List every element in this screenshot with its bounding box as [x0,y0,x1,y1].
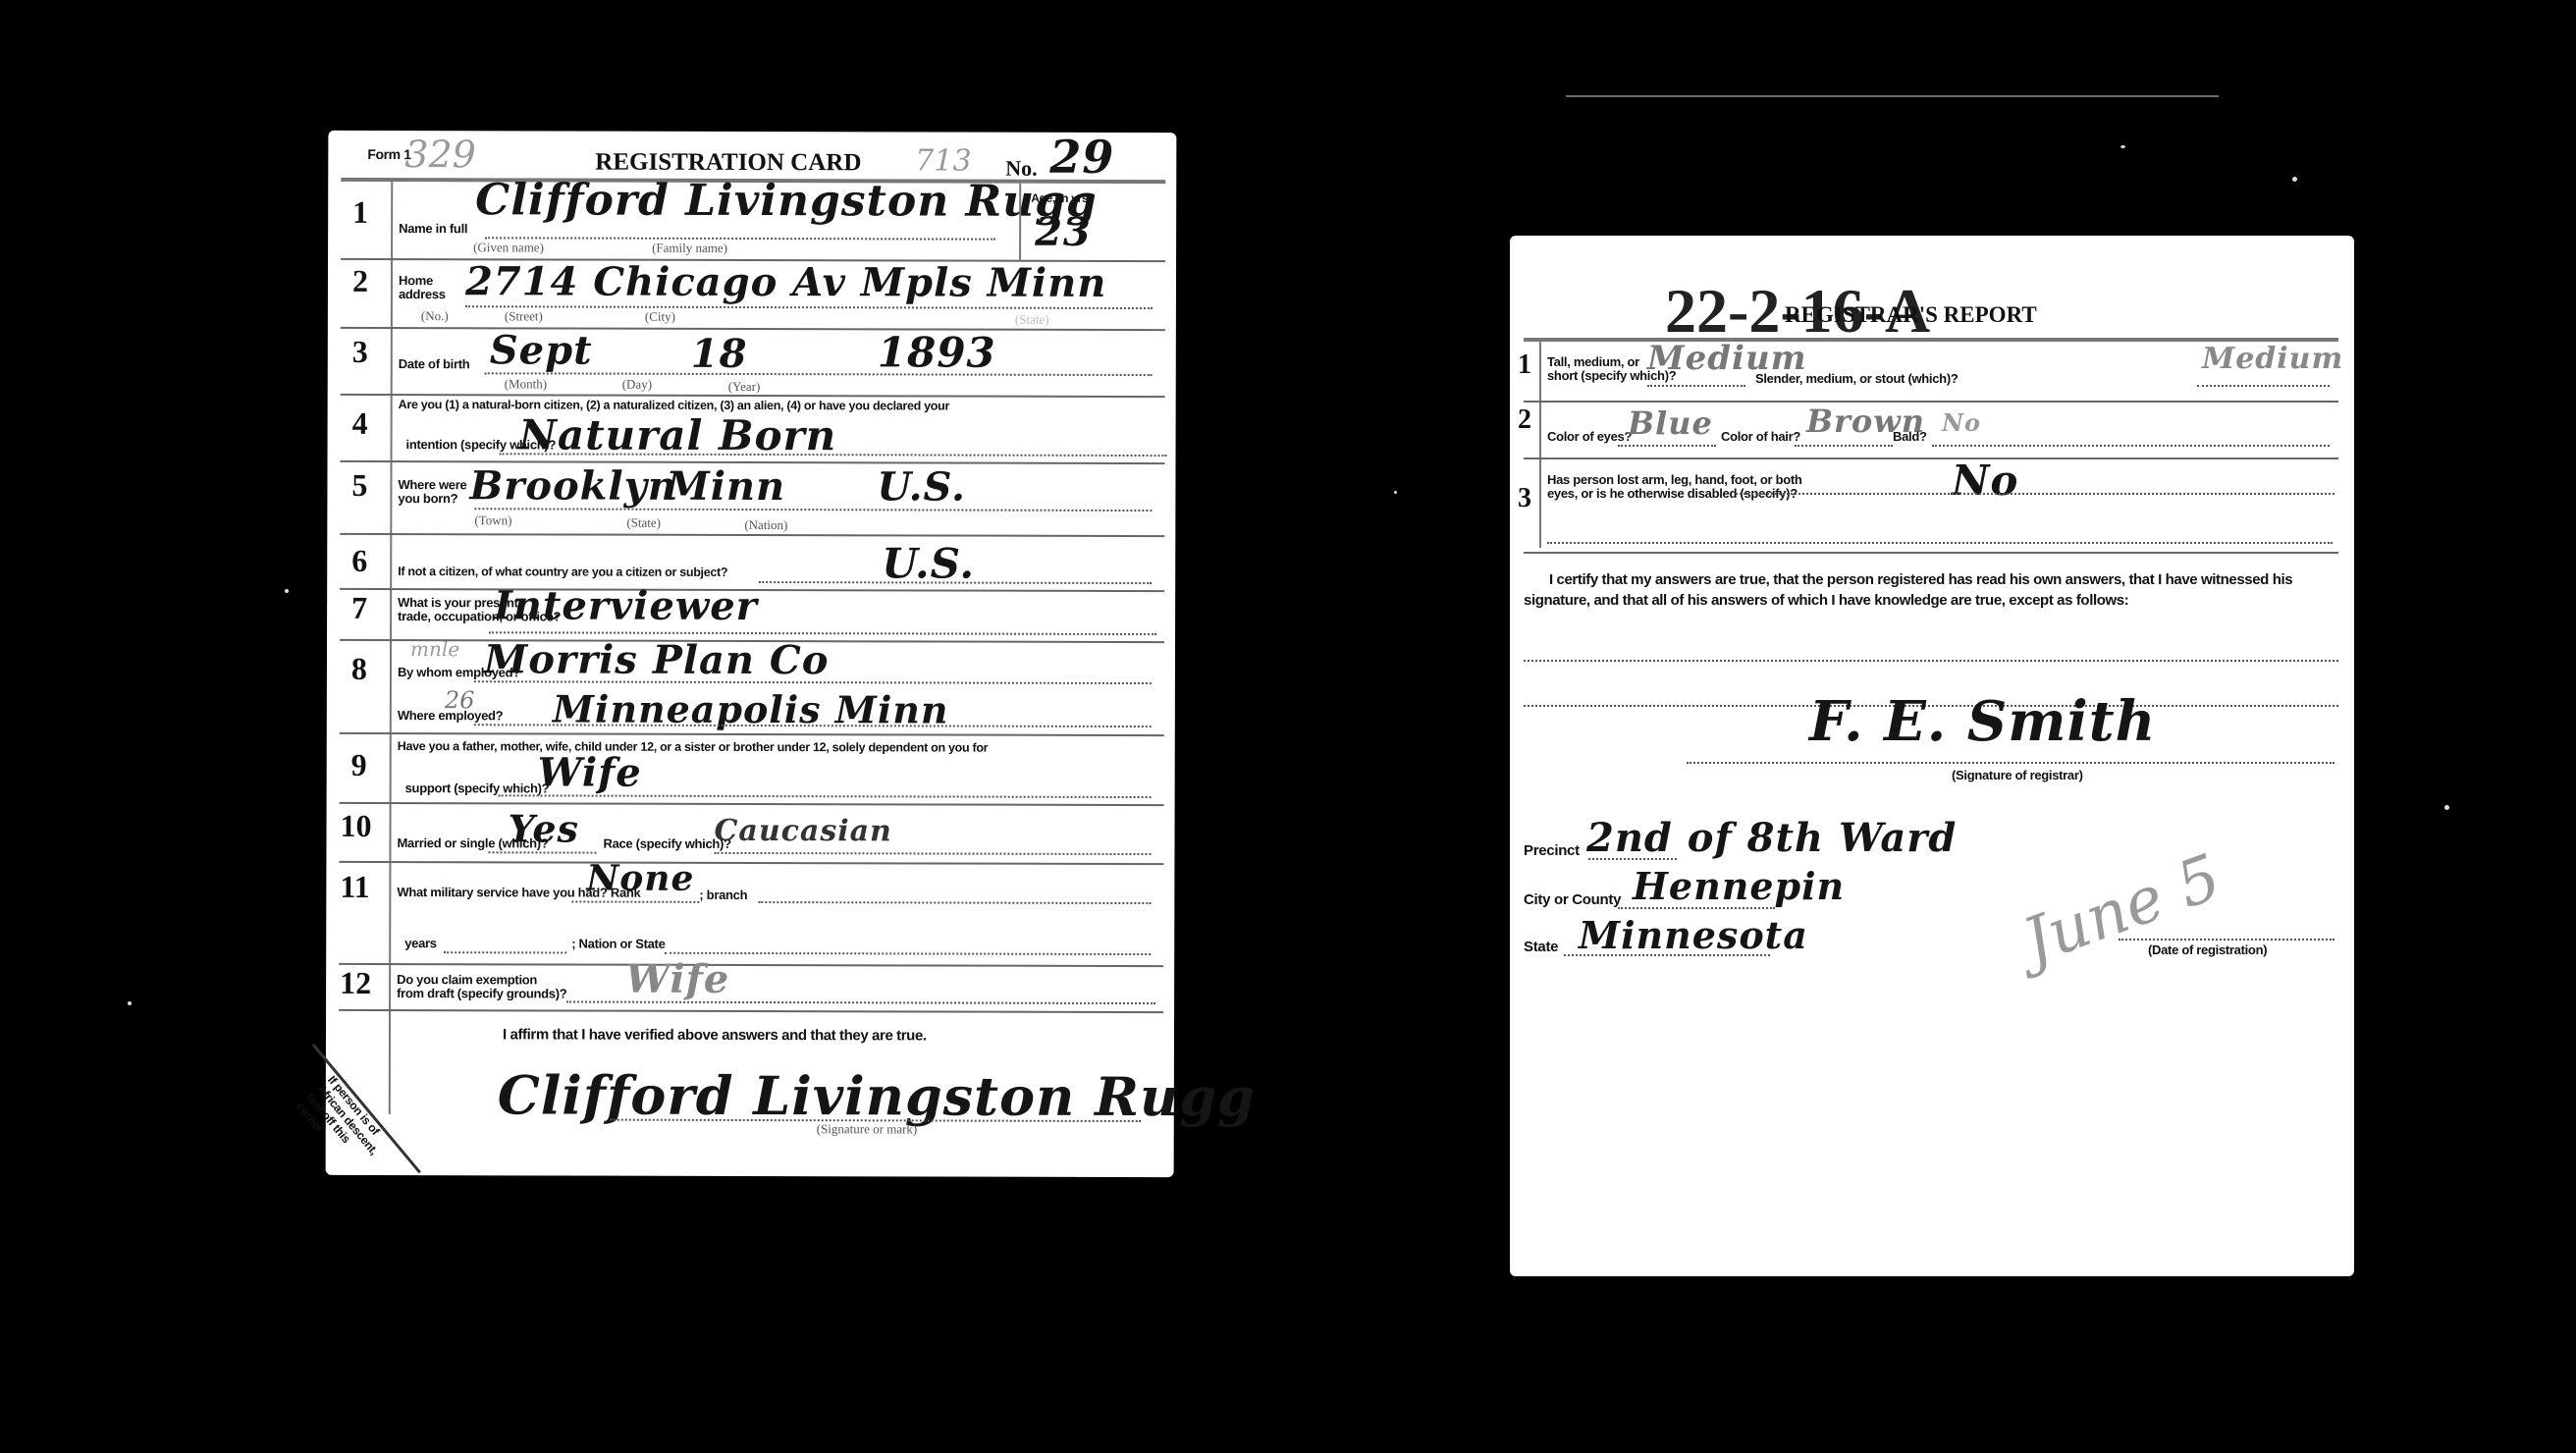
branch-label: ; branch [699,888,747,902]
sub-caption: (Family name) [652,241,727,256]
signature-caption: (Signature or mark) [817,1121,918,1137]
race-label: Race (specify which)? [603,836,730,851]
registration-date-caption: (Date of registration) [2148,942,2267,957]
row-number: 11 [340,869,369,905]
sub-caption: (No.) [421,308,449,324]
certification-text: I certify that my answers are true, that… [1524,569,2338,611]
dob-year: 1893 [878,328,996,376]
address-label: Homeaddress [399,274,446,301]
registrar-signature: F. E. Smith [1809,689,2156,754]
row-number: 10 [340,808,371,844]
dust-speck [2292,177,2297,182]
row-number: 5 [351,467,367,504]
row-number: 1 [352,194,368,231]
pencil-serial: 329 [404,133,476,176]
row-number: 7 [351,590,367,626]
state-value: Minnesota [1579,913,1808,957]
citizen-country-value: U.S. [882,539,975,587]
row-number-divider [389,182,393,1114]
registration-date-value: June 5 [2014,841,2230,979]
exemption-value: Wife [625,956,729,1002]
occupation-value: Interviewer [494,582,758,629]
sub-caption: (Day) [622,377,652,393]
age-label: Age, in yrs. [1031,191,1091,205]
dependents-label: support (specify which)? [405,780,550,795]
dependents-value: Wife [538,749,642,795]
row-number: 6 [351,543,367,579]
sub-caption: (City) [645,309,675,325]
name-value: Clifford Livingston Rugg [475,175,1098,227]
sub-caption: (Nation) [744,517,787,533]
eye-color-value: Blue [1628,404,1713,442]
card-title: REGISTRATION CARD [595,149,861,178]
row-number: 8 [351,651,367,687]
dust-speck [2444,805,2449,810]
disability-label: Has person lost arm, leg, hand, foot, or… [1547,473,1802,501]
row-number: 2 [352,263,368,299]
scan-artifact-line [1566,95,2219,97]
report-title: REGISTRAR'S REPORT [1785,302,2037,328]
employer-value: Morris Plan Co [484,636,830,683]
birth-town: Brooklyn [469,462,677,510]
bald-label: Bald? [1893,429,1927,444]
affirmation-text: I affirm that I have verified above answ… [503,1026,927,1044]
county-label: City or County [1524,891,1621,908]
sub-caption: (Street) [505,308,543,324]
sub-caption: (State) [1015,312,1049,328]
nation-state-label: ; Nation or State [571,937,665,951]
address-value: 2714 Chicago Av Mpls Minn [465,258,1106,306]
precinct-label: Precinct [1524,842,1580,859]
sub-caption: (State) [626,515,661,531]
state-label: State [1524,939,1558,955]
build-label: Slender, medium, or stout (which)? [1755,371,1958,386]
employer-note: mnle [410,637,459,661]
exemption-label: Do you claim exemptionfrom draft (specif… [397,973,566,1000]
sub-caption: (Town) [474,512,511,528]
years-label: years [404,936,437,950]
row-number: 4 [352,405,368,442]
dob-day: 18 [691,331,748,377]
registration-card-back: 22-2-16-A REGISTRAR'S REPORT 1 Tall, med… [1510,236,2354,1276]
row-number: 3 [352,334,368,370]
where-employed-label: Where employed? [398,708,504,723]
row-number: 12 [340,965,371,1001]
eye-color-label: Color of eyes? [1547,429,1632,444]
military-rank-value: None [586,858,694,899]
row-number: 3 [1518,483,1531,514]
dob-label: Date of birth [399,356,470,371]
age-value: 23 [1035,209,1092,255]
stamp-number: 713 [915,143,971,178]
birthplace-label: Where wereyou born? [398,478,466,506]
build-value: Medium [2202,342,2343,376]
dust-speck [2120,145,2125,148]
birth-state: Minn [666,463,785,510]
row-number: 1 [1518,350,1531,381]
sub-caption: (Given name) [473,240,544,255]
sub-caption: (Year) [728,379,761,395]
marital-value: Yes [508,806,579,850]
dob-month: Sept [490,327,593,373]
registration-card-front: Form 1 329 REGISTRATION CARD 713 No. 29 … [326,131,1177,1177]
precinct-value: 2nd of 8th Ward [1586,815,1957,861]
citizen-country-label: If not a citizen, of what country are yo… [398,565,727,579]
dust-speck [285,589,289,593]
county-value: Hennepin [1633,864,1845,908]
birth-nation: U.S. [877,463,966,510]
disability-value: No [1952,457,2018,505]
tear-off-note: If person is ofAfrican descent,tear off … [294,1073,392,1175]
name-label: Name in full [399,221,467,236]
race-value: Caucasian [714,814,891,848]
dust-speck [128,1001,132,1005]
row-number: 9 [351,747,367,783]
registrar-signature-caption: (Signature of registrar) [1952,768,2083,782]
sub-caption: (Month) [505,376,547,392]
bald-value: No [1942,408,1981,437]
dust-speck [1394,491,1397,494]
row-number: 2 [1518,404,1531,436]
dependents-question: Have you a father, mother, wife, child u… [398,739,989,755]
hair-color-label: Color of hair? [1721,429,1800,444]
